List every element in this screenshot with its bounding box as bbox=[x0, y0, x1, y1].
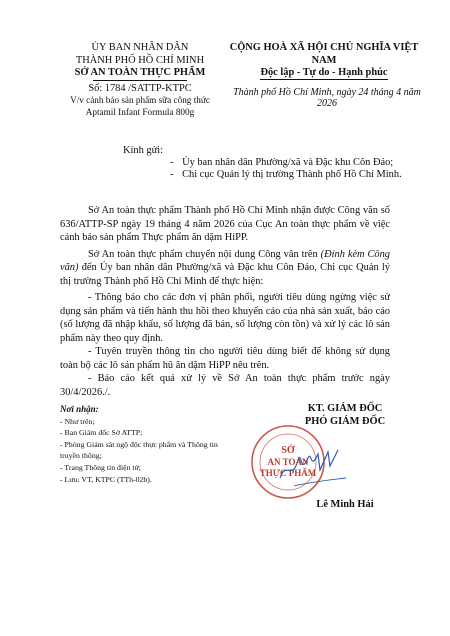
body-paragraph-2: Sở An toàn thực phẩm chuyển nội dung Côn… bbox=[60, 248, 390, 289]
distribution-item: - Trang Thông tin điện tử; bbox=[60, 462, 220, 474]
place-date-line: Thành phố Hồ Chí Minh, ngày 24 tháng 4 n… bbox=[222, 87, 432, 109]
document-body: Sở An toàn thực phẩm Thành phố Hồ Chí Mi… bbox=[60, 204, 390, 399]
recipient-item: Ủy ban nhân dân Phường/xã và Đặc khu Côn… bbox=[170, 157, 402, 169]
signer-name: Lê Minh Hải bbox=[280, 499, 410, 510]
official-stamp-icon: SỞ AN TOÀN THỰC PHẨM bbox=[250, 420, 346, 506]
distribution-item: - Như trên; bbox=[60, 416, 220, 428]
national-motto: Độc lập - Tự do - Hạnh phúc bbox=[260, 67, 387, 80]
agency-name: SỞ AN TOÀN THỰC PHẨM bbox=[75, 67, 206, 80]
agency-line-2: THÀNH PHỐ HỒ CHÍ MINH bbox=[60, 55, 220, 68]
body-paragraph-1: Sở An toàn thực phẩm Thành phố Hồ Chí Mi… bbox=[60, 204, 390, 245]
distribution-item: - Ban Giám đốc Sở ATTP; bbox=[60, 427, 220, 439]
svg-text:AN TOÀN: AN TOÀN bbox=[268, 457, 309, 467]
subject-line-2: Aptamil Infant Formula 800g bbox=[60, 107, 220, 118]
signature-title-1: KT. GIÁM ĐỐC bbox=[280, 402, 410, 415]
national-title: CỘNG HOÀ XÃ HỘI CHỦ NGHĨA VIỆT NAM bbox=[224, 42, 424, 67]
agency-line-1: ỦY BAN NHÂN DÂN bbox=[60, 42, 220, 55]
distribution-item: - Lưu: VT, KTPC (TTh-02b). bbox=[60, 474, 220, 486]
subject-line-1: V/v cảnh báo sản phẩm sữa công thức bbox=[60, 95, 220, 106]
distribution-title: Nơi nhận: bbox=[60, 404, 220, 416]
salutation-label: Kính gửi: bbox=[123, 145, 163, 156]
issuing-agency-header: ỦY BAN NHÂN DÂN THÀNH PHỐ HỒ CHÍ MINH SỞ… bbox=[60, 42, 220, 118]
instruction-item-2: - Tuyên truyền thông tin cho người tiêu … bbox=[60, 345, 390, 372]
instruction-item-3: - Báo cáo kết quả xử lý về Sở An toàn th… bbox=[60, 372, 390, 399]
recipient-item: Chi cục Quản lý thị trường Thành phố Hồ … bbox=[170, 169, 402, 181]
svg-text:SỞ: SỞ bbox=[281, 444, 295, 456]
distribution-list: Nơi nhận: - Như trên; - Ban Giám đốc Sở … bbox=[60, 404, 220, 485]
svg-text:THỰC PHẨM: THỰC PHẨM bbox=[260, 468, 317, 478]
instruction-item-1: - Thông báo cho các đơn vị phân phối, ng… bbox=[60, 291, 390, 345]
recipient-list: Ủy ban nhân dân Phường/xã và Đặc khu Côn… bbox=[170, 157, 402, 182]
document-number: Số: 1784 /SATTP-KTPC bbox=[60, 83, 220, 96]
distribution-item: - Phòng Giám sát ngộ độc thực phẩm và Th… bbox=[60, 439, 220, 462]
national-header: CỘNG HOÀ XÃ HỘI CHỦ NGHĨA VIỆT NAM Độc l… bbox=[224, 42, 424, 80]
